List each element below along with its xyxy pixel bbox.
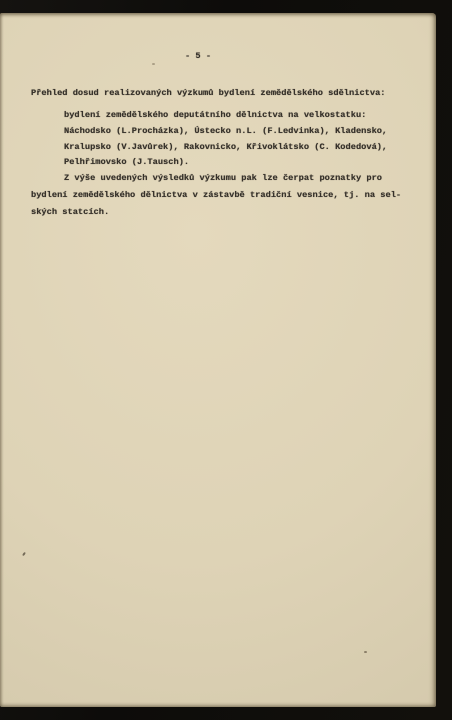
list-intro-line: bydlení zemědělského deputátního dělnict… xyxy=(64,110,366,121)
paper-speck xyxy=(152,63,155,65)
closing-paragraph-line-2: bydlení zemědělského dělnictva v zástavb… xyxy=(31,190,401,201)
closing-paragraph-line-1: Z výše uvedených výsledků výzkumu pak lz… xyxy=(64,173,382,184)
paper-speck xyxy=(22,552,26,556)
list-line-3: Pelhřimovsko (J.Tausch). xyxy=(64,157,189,168)
list-line-1: Náchodsko (L.Procházka), Ústecko n.L. (F… xyxy=(64,126,387,137)
scanner-background: - 5 - Přehled dosud realizovaných výzkum… xyxy=(0,0,452,720)
list-line-2: Kralupsko (V.Javůrek), Rakovnicko, Křivo… xyxy=(64,142,387,153)
document-page: - 5 - Přehled dosud realizovaných výzkum… xyxy=(0,13,436,707)
closing-paragraph-line-3: ských statcích. xyxy=(31,207,109,218)
paragraph-heading: Přehled dosud realizovaných výzkumů bydl… xyxy=(31,88,386,99)
page-number: - 5 - xyxy=(185,51,211,62)
paper-speck xyxy=(364,651,367,653)
